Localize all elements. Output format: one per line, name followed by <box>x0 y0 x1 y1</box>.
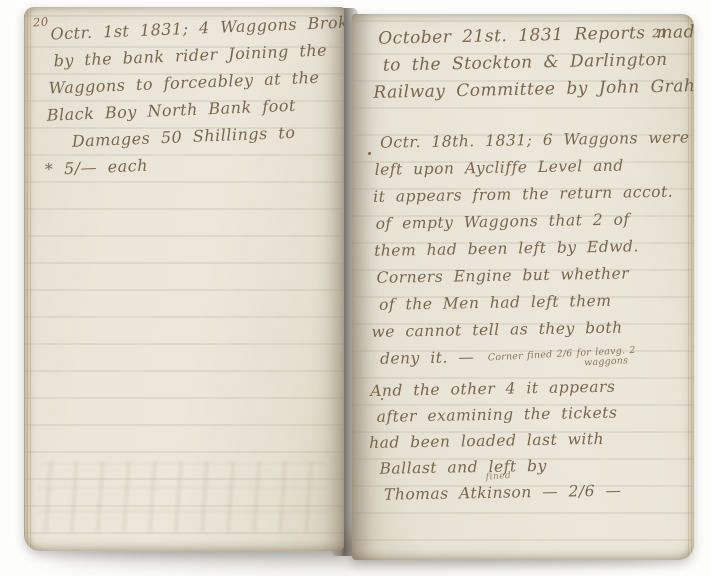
fine-margin-note: Corner fined 2/6 for leavg. 2 waggons <box>488 346 637 374</box>
left-page-text: Octr. 1st 1831; 4 Waggons Broke by the b… <box>38 8 344 183</box>
fined-note: fined <box>485 472 511 483</box>
page-stack-edge <box>24 7 32 551</box>
manuscript-line: deny it. — <box>380 344 475 373</box>
report-entry-oct-18: Octr. 18th. 1831; 6 Waggons were left up… <box>368 124 693 373</box>
manuscript-line-with-note: deny it. — Corner fined 2/6 for leavg. 2… <box>380 340 694 372</box>
manuscript-photo: 20 Octr. 1st 1831; 4 Waggons Broke by th… <box>0 0 711 576</box>
manuscript-line: Octr. 18th. 1831; 6 Waggons were <box>380 124 690 156</box>
ink-speck <box>368 152 371 155</box>
manuscript-line-text: Thomas Atkinson — 2/6 — <box>384 482 622 504</box>
report-entry-other-waggons: And the other 4 it appears after examini… <box>368 374 622 508</box>
manuscript-line: fined Thomas Atkinson — 2/6 — <box>384 478 622 508</box>
right-page: 21 October 21st. 1831 Reports made to th… <box>352 14 694 560</box>
manuscript-line: had been loaded last with <box>369 426 621 456</box>
ink-speck <box>381 398 383 400</box>
manuscript-line: it appears from the return accot. <box>373 178 691 211</box>
ink-showthrough <box>38 462 328 532</box>
report-heading: October 21st. 1831 Reports made to the S… <box>368 19 694 107</box>
left-page: 20 Octr. 1st 1831; 4 Waggons Broke by th… <box>24 7 344 551</box>
